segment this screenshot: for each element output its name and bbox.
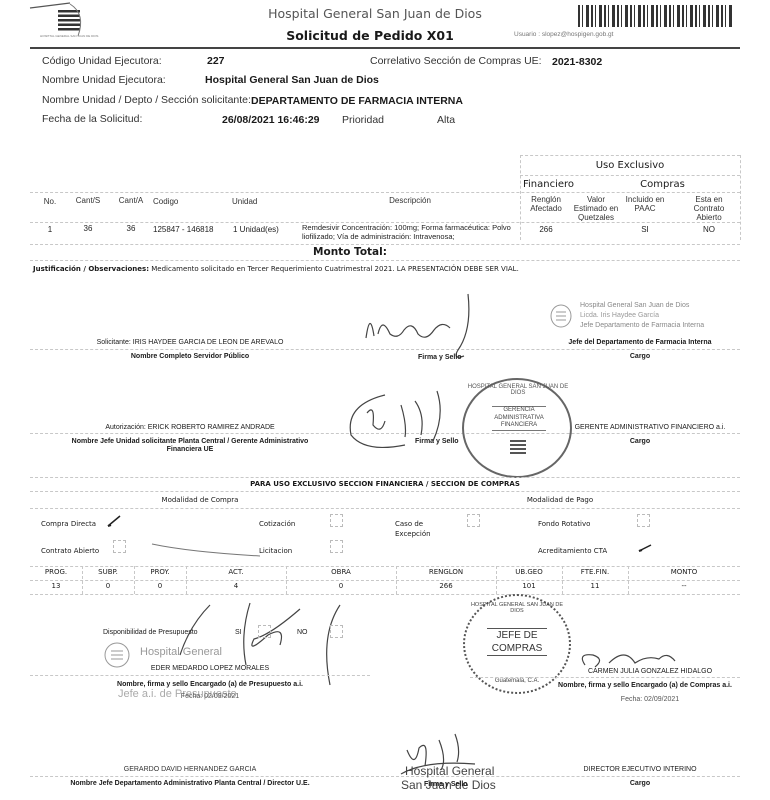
- director-name: GERARDO DAVID HERNANDEZ GARCIA: [60, 766, 320, 773]
- compras-stamp-center-1: JEFE DE: [487, 629, 547, 642]
- col-contrato: Esta en Contrato Abierto: [686, 195, 732, 223]
- solicitante-caption: Nombre Completo Servidor Público: [60, 353, 320, 360]
- cell-unidad: 1 Unidad(es): [233, 225, 279, 234]
- director-firma-caption: Firma y Sello: [424, 781, 468, 788]
- modalidad-pago-heading: Modalidad de Pago: [490, 496, 630, 504]
- codigo-value: 227: [207, 55, 225, 67]
- divider: [82, 566, 83, 594]
- cell-contrato: NO: [686, 225, 732, 234]
- option-cotizacion: Cotización: [259, 520, 295, 528]
- divider: [520, 175, 740, 176]
- prioridad-label: Prioridad: [342, 114, 384, 126]
- option-fondo-rotativo: Fondo Rotativo: [538, 520, 590, 528]
- justificacion: Justificación / Observaciones: Medicamen…: [33, 265, 519, 273]
- director-stamp-line-1: Hospital General: [405, 764, 525, 778]
- solicitante-name: Solicitante: IRIS HAYDEE GARCIA DE LEON …: [60, 339, 320, 346]
- compras-heading: Compras: [620, 179, 705, 190]
- presupuesto-stamp-line-1: Hospital General: [140, 646, 222, 658]
- compras-name: CARMEN JULIA GONZALEZ HIDALGO: [555, 668, 745, 675]
- col-cant-s: Cant/S: [70, 196, 106, 205]
- budget-col-header: PROG.: [30, 568, 82, 576]
- divider: [286, 566, 287, 594]
- stamp-building-icon: [508, 438, 528, 456]
- cell-codigo: 125847 - 146818: [153, 225, 214, 234]
- hospital-name: Hospital General San Juan de Dios: [240, 6, 510, 21]
- budget-cell: 0: [82, 582, 134, 590]
- stamp-center: GERENCIA ADMINISTRATIVA FINANCIERA: [492, 406, 546, 431]
- compras-stamp-center: JEFE DE COMPRAS: [487, 628, 547, 656]
- stamp-logo-icon: [550, 304, 572, 328]
- compras-fecha: Fecha: 02/09/2021: [555, 696, 745, 703]
- autorizacion-signature-icon: [345, 385, 475, 460]
- disponibilidad-label: Disponibilidad de Presupuesto: [103, 629, 198, 636]
- divider: [470, 677, 740, 678]
- fecha-value: 26/08/2021 16:46:29: [222, 114, 320, 126]
- check-mark-icon: [637, 541, 653, 555]
- no-label: NO: [297, 629, 308, 636]
- checkbox-licitacion[interactable]: [330, 540, 343, 553]
- budget-col-header: RENGLON: [396, 568, 496, 576]
- financiero-heading: Financiero: [523, 179, 574, 190]
- cell-renglon: 266: [524, 225, 568, 234]
- monto-total-label: Monto Total:: [200, 246, 500, 258]
- divider: [30, 776, 740, 777]
- director-cargo-caption: Cargo: [545, 780, 735, 787]
- solicitante-cargo: Jefe del Departamento de Farmacia Intern…: [545, 339, 735, 346]
- divider: [30, 594, 740, 595]
- budget-cell: 11: [562, 582, 628, 590]
- budget-col-header: FTE.FIN.: [562, 568, 628, 576]
- divider: [520, 155, 521, 240]
- autorizacion-firma-caption: Firma y Sello: [415, 438, 459, 445]
- checkbox-fondo-rotativo[interactable]: [637, 514, 650, 527]
- stamp-center-2: ADMINISTRATIVA: [492, 415, 546, 423]
- col-paac: Incluido en PAAC: [622, 195, 668, 213]
- presupuesto-signature-icon: [150, 595, 350, 695]
- si-label: SI: [235, 629, 242, 636]
- checkbox-compra-directa[interactable]: [106, 514, 122, 528]
- solicitante-firma-caption: Firma y Sello: [418, 354, 462, 361]
- justificacion-label: Justificación / Observaciones:: [33, 265, 149, 273]
- budget-cell: 101: [496, 582, 562, 590]
- correlativo-value: 2021-8302: [552, 56, 602, 68]
- check-mark-icon: [106, 514, 122, 528]
- presupuesto-name: EDER MEDARDO LOPEZ MORALES: [110, 665, 310, 672]
- financiera-title: PARA USO EXCLUSIVO SECCION FINANCIERA / …: [30, 480, 740, 488]
- col-valor: Valor Estimado en Quetzales: [573, 195, 619, 221]
- depto-label: Nombre Unidad / Depto / Sección solicita…: [42, 94, 251, 106]
- col-renglon: Renglón Afectado: [524, 195, 568, 213]
- col-unidad: Unidad: [232, 197, 257, 206]
- modalidad-compra-heading: Modalidad de Compra: [130, 496, 270, 504]
- divider: [186, 566, 187, 594]
- prioridad-value: Alta: [437, 114, 455, 126]
- budget-col-header: SUBP.: [82, 568, 134, 576]
- nombre-label: Nombre Unidad Ejecutora:: [42, 74, 166, 86]
- compras-caption: Nombre, firma y sello Encargado (a) de C…: [535, 682, 755, 689]
- cell-cant-s: 36: [70, 224, 106, 233]
- pen-stroke-icon: [150, 540, 270, 560]
- fecha-label: Fecha de la Solicitud:: [42, 113, 142, 125]
- compras-stamp-ring: HOSPITAL GENERAL SAN JUAN DE DIOS: [465, 602, 569, 614]
- budget-col-header: PROY.: [134, 568, 186, 576]
- stamp-line-1: Hospital General San Juan de Dios: [580, 302, 689, 309]
- stamp-center-1: GERENCIA: [492, 407, 546, 415]
- checkbox-contrato-abierto[interactable]: [113, 540, 126, 553]
- hospital-logo: HOSPITAL GENERAL SAN JUAN DE DIOS: [28, 2, 118, 42]
- budget-cell: 13: [30, 582, 82, 590]
- director-cargo: DIRECTOR EJECUTIVO INTERINO: [545, 766, 735, 773]
- divider: [30, 477, 740, 478]
- uso-exclusivo-heading: Uso Exclusivo: [520, 160, 740, 171]
- col-descripcion: Descripción: [300, 196, 520, 205]
- budget-col-header: ACT.: [186, 568, 286, 576]
- autorizacion-cargo: GERENTE ADMINISTRATIVO FINANCIERO a.i.: [555, 424, 745, 431]
- divider: [30, 508, 740, 509]
- divider: [30, 244, 740, 245]
- checkbox-caso-excepcion[interactable]: [467, 514, 480, 527]
- budget-col-header: UB.GEO: [496, 568, 562, 576]
- divider: [30, 675, 370, 676]
- compras-stamp-center-2: COMPRAS: [487, 642, 547, 655]
- budget-cell: 266: [396, 582, 496, 590]
- cell-cant-a: 36: [113, 224, 149, 233]
- divider: [520, 155, 740, 156]
- divider: [740, 155, 741, 240]
- presupuesto-caption: Nombre, firma y sello Encargado (a) de P…: [70, 681, 350, 688]
- budget-col-header: OBRA: [286, 568, 396, 576]
- divider: [30, 491, 740, 492]
- autorizacion-cargo-caption: Cargo: [545, 438, 735, 445]
- budget-col-header: MONTO: [628, 568, 740, 576]
- budget-table: PROG.13SUBP.0PROY.0ACT.4OBRA0RENGLON266U…: [30, 568, 740, 594]
- option-compra-directa: Compra Directa: [41, 520, 96, 528]
- option-acreditamiento: Acreditamiento CTA: [538, 547, 607, 555]
- solicitante-cargo-caption: Cargo: [545, 353, 735, 360]
- stamp-line-3: Jefe Departamento de Farmacia Interna: [580, 322, 704, 329]
- checkbox-si[interactable]: [258, 625, 271, 638]
- stamp-center-3: FINANCIERA: [492, 422, 546, 430]
- autorizacion-caption: Nombre Jefe Unidad solicitante Planta Ce…: [55, 438, 325, 455]
- logo-caption: HOSPITAL GENERAL SAN JUAN DE DIOS: [40, 34, 98, 38]
- divider: [628, 566, 629, 594]
- barcode: [578, 5, 733, 27]
- col-cant-a: Cant/A: [113, 196, 149, 205]
- col-no: No.: [36, 197, 64, 206]
- checkbox-no[interactable]: [330, 625, 343, 638]
- compras-stamp: HOSPITAL GENERAL SAN JUAN DE DIOS JEFE D…: [463, 594, 571, 694]
- presupuesto-fecha: Fecha: 02/09/2021: [110, 693, 310, 700]
- checkbox-cotizacion[interactable]: [330, 514, 343, 527]
- divider: [30, 260, 740, 261]
- farmacia-stamp: Hospital General San Juan de Dios Licda.…: [550, 300, 750, 334]
- correlativo-label: Correlativo Sección de Compras UE:: [370, 55, 542, 67]
- option-licitacion: Licitacion: [259, 547, 292, 555]
- checkbox-acreditamiento[interactable]: [637, 541, 653, 555]
- depto-value: DEPARTAMENTO DE FARMACIA INTERNA: [251, 95, 463, 107]
- cell-descripcion: Remdesivir Concentración: 100mg; Forma f…: [302, 224, 512, 241]
- cell-paac: SI: [622, 225, 668, 234]
- budget-cell: --: [628, 582, 740, 590]
- codigo-label: Código Unidad Ejecutora:: [42, 55, 162, 67]
- stamp-line-2: Licda. Iris Haydee García: [580, 312, 659, 319]
- budget-cell: 4: [186, 582, 286, 590]
- divider: [562, 566, 563, 594]
- budget-cell: 0: [286, 582, 396, 590]
- divider: [30, 192, 740, 193]
- user-label: Usuario : slopez@hospigen.gob.gt: [514, 31, 613, 38]
- divider: [30, 566, 740, 567]
- option-caso-excepcion: Caso de Excepción: [395, 520, 435, 540]
- divider: [496, 566, 497, 594]
- divider: [134, 566, 135, 594]
- justificacion-value: Medicamento solicitado en Tercer Requeri…: [151, 265, 519, 273]
- form-title: Solicitud de Pedido X01: [260, 28, 480, 43]
- divider: [396, 566, 397, 594]
- director-caption: Nombre Jefe Departamento Administrativo …: [60, 780, 320, 789]
- stamp-ring-text: HOSPITAL GENERAL SAN JUAN DE DIOS: [464, 384, 572, 396]
- budget-cell: 0: [134, 582, 186, 590]
- autorizacion-name: Autorización: ERICK ROBERTO RAMIREZ ANDR…: [60, 424, 320, 431]
- cell-no: 1: [36, 225, 64, 234]
- col-codigo: Codigo: [153, 197, 178, 206]
- option-contrato-abierto: Contrato Abierto: [41, 547, 99, 555]
- header-rule: [30, 47, 740, 49]
- nombre-value: Hospital General San Juan de Dios: [205, 74, 379, 86]
